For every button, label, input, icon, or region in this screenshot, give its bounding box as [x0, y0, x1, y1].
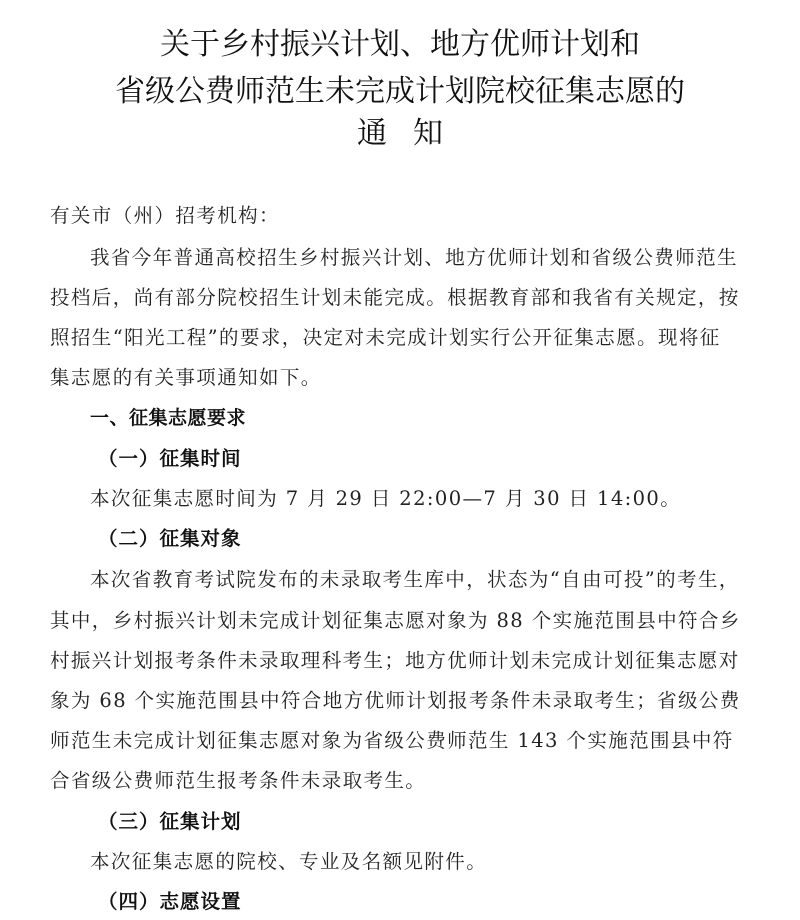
intro-line: 我省今年普通高校招生乡村振兴计划、地方优师计划和省级公费师范生: [90, 243, 738, 273]
subsection-heading: （一）征集时间: [98, 444, 242, 474]
subsection-heading: （二）征集对象: [98, 524, 242, 554]
paragraph-line: 合省级公费师范生报考条件未录取考生。: [50, 766, 426, 796]
paragraph-line: 本次征集志愿的院校、专业及名额见附件。: [90, 847, 487, 877]
paragraph-line: 本次征集志愿时间为 7 月 29 日 22:00—7 月 30 日 14:00。: [90, 484, 681, 514]
paragraph-line: 象为 68 个实施范围县中符合地方优师计划报考条件未录取考生；省级公费: [50, 686, 741, 716]
intro-line: 照招生“阳光工程”的要求，决定对未完成计划实行公开征集志愿。现将征: [50, 323, 721, 353]
section-heading: 一、征集志愿要求: [90, 403, 246, 433]
subsection-heading: （四）志愿设置: [98, 887, 242, 917]
intro-line: 投档后，尚有部分院校招生计划未能完成。根据教育部和我省有关规定，按: [50, 283, 740, 313]
intro-line: 集志愿的有关事项通知如下。: [50, 363, 322, 393]
document-title-line-3: 通知: [0, 114, 800, 154]
paragraph-line: 村振兴计划报考条件未录取理科考生；地方优师计划未完成计划征集志愿对: [50, 646, 740, 676]
subsection-heading: （三）征集计划: [98, 807, 242, 837]
salutation: 有关市（州）招考机构：: [50, 201, 280, 231]
paragraph-line: 其中，乡村振兴计划未完成计划征集志愿对象为 88 个实施范围县中符合乡: [50, 606, 741, 636]
document-title-line-2: 省级公费师范生未完成计划院校征集志愿的: [0, 72, 800, 112]
document-title-line-1: 关于乡村振兴计划、地方优师计划和: [0, 25, 800, 65]
paragraph-line: 本次省教育考试院发布的未录取考生库中，状态为“自由可投”的考生，: [90, 565, 740, 595]
paragraph-line: 师范生未完成计划征集志愿对象为省级公费师范生 143 个实施范围县中符: [50, 726, 734, 756]
